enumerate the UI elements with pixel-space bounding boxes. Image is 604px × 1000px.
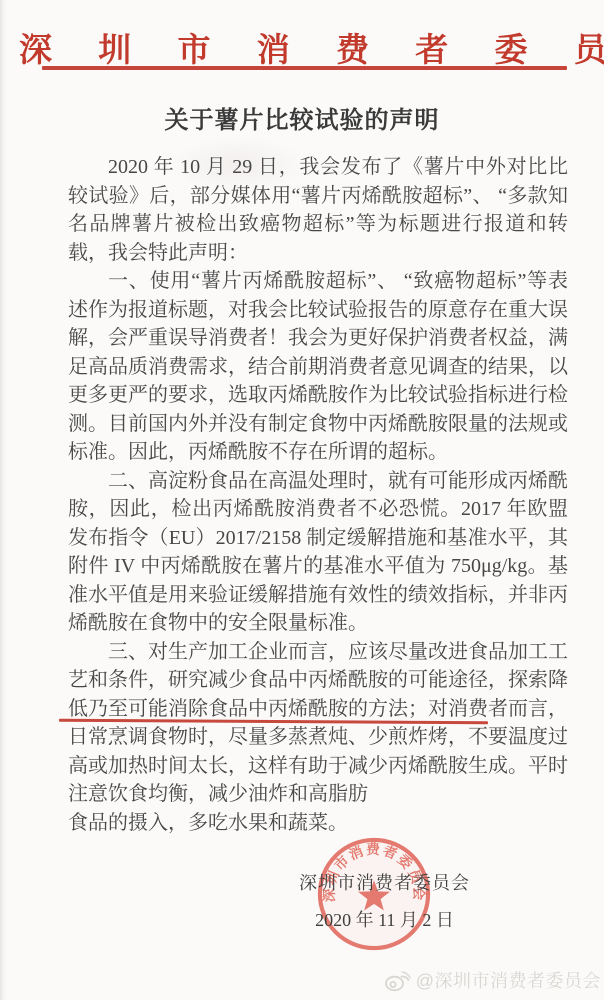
paragraph-point-two: 二、高淀粉食品在高温处理时，就有可能形成丙烯酰胺，因此，检出丙烯酰胺消费者不必恐… <box>68 467 568 638</box>
weibo-icon <box>384 969 411 992</box>
scan-edge-shadow <box>0 0 7 1000</box>
paragraph-continuation: 食品的摄入，多吃水果和蔬菜。 <box>68 806 348 835</box>
signature-block: 深圳市消费者委员会 2020 年 11 月 2 日 <box>282 869 487 932</box>
document-body: 2020 年 10 月 29 日，我会发布了《薯片中外对比比较试验》后，部分媒体… <box>68 153 568 809</box>
weibo-watermark: @深圳市消费者委员会 <box>384 967 601 993</box>
watermark-label: @深圳市消费者委员会 <box>416 967 601 993</box>
header-rule <box>42 66 567 70</box>
statement-document: 深 圳 市 消 费 者 委 员 会 关于薯片比较试验的声明 2020 年 10 … <box>0 0 604 1000</box>
paragraph-intro: 2020 年 10 月 29 日，我会发布了《薯片中外对比比较试验》后，部分媒体… <box>68 153 568 267</box>
document-title: 关于薯片比较试验的声明 <box>0 100 604 135</box>
org-header: 深 圳 市 消 费 者 委 员 会 <box>0 24 604 71</box>
signature-date: 2020 年 11 月 2 日 <box>282 906 487 932</box>
signature-org: 深圳市消费者委员会 <box>282 869 487 895</box>
paragraph-point-one: 一、使用“薯片丙烯酰胺超标”、 “致癌物超标”等表述作为报道标题，对我会比较试验… <box>68 267 568 467</box>
